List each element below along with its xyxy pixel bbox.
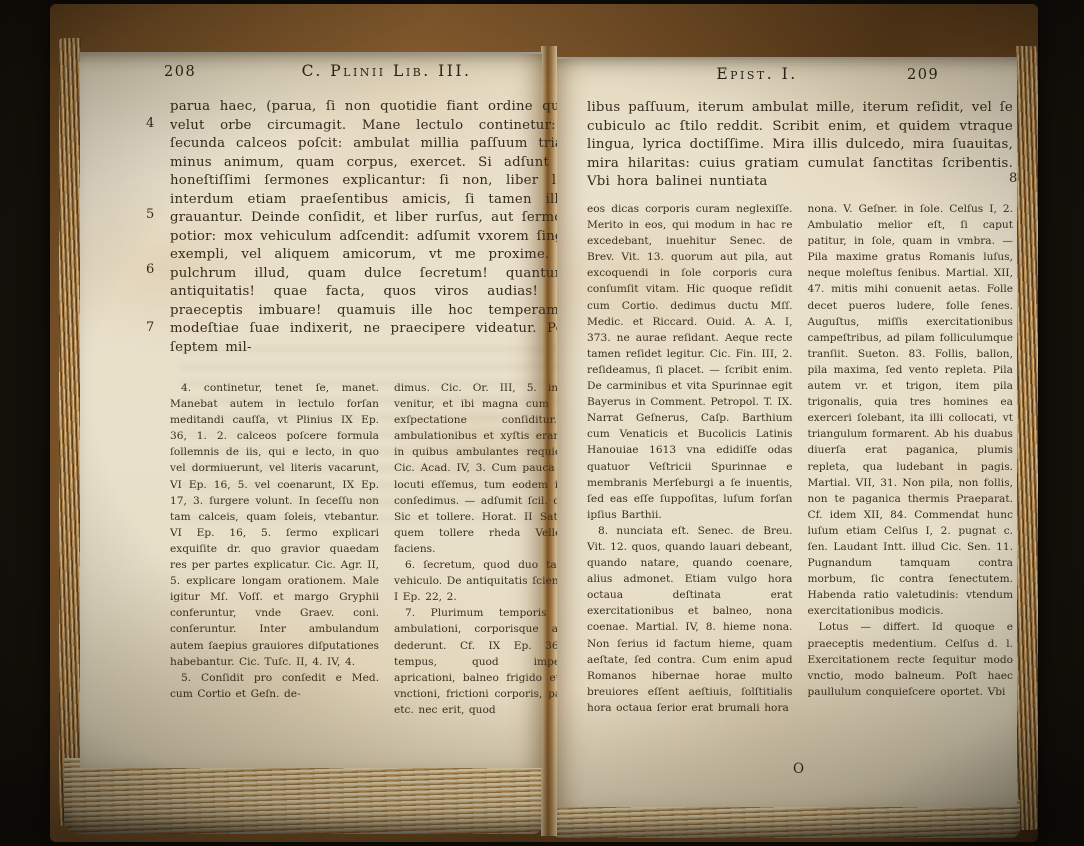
footnote-5: 5. Conſidit pro conſedit e Med. cum Cort…: [170, 670, 379, 702]
footnote-column-1: 4. continetur, tenet ſe, manet. Manebat …: [170, 380, 379, 734]
page-edges-bottom-left: [64, 758, 544, 834]
left-body-block: parua haec, (parua, ſi non quotidie fian…: [170, 98, 603, 376]
commentary-note-lotus: Lotus — differt. Id quoque e praeceptis …: [808, 619, 1014, 699]
section-number-4: 4: [146, 116, 154, 131]
left-body-text: parua haec, (parua, ſi non quotidie fian…: [170, 98, 603, 357]
section-number-5: 5: [146, 207, 154, 222]
commentary-note-8-continued: nona. V. Geſner. in ſole. Celſus I, 2. A…: [808, 201, 1014, 619]
left-catchword: libus: [170, 357, 603, 376]
commentary-column-1: eos dicas corporis curam neglexiſſe. Mer…: [587, 201, 793, 716]
right-body-block: libus paſſuum, iterum ambulat mille, ite…: [587, 99, 1013, 192]
commentary-note-7-continued: eos dicas corporis curam neglexiſſe. Mer…: [587, 201, 793, 523]
footnote-4: 4. continetur, tenet ſe, manet. Manebat …: [170, 380, 379, 670]
photo-backdrop: 208 C. Plinii Lib. III. 4 5 6 7 parua ha…: [0, 0, 1084, 846]
page-edges-left: [59, 38, 81, 826]
section-number-8: 8: [1009, 171, 1017, 186]
section-number-6: 6: [146, 262, 154, 277]
section-number-7: 7: [146, 320, 154, 335]
left-page: 208 C. Plinii Lib. III. 4 5 6 7 parua ha…: [80, 52, 542, 768]
commentary-column-2: nona. V. Geſner. in ſole. Celſus I, 2. A…: [808, 201, 1014, 716]
left-footnotes: 4. continetur, tenet ſe, manet. Manebat …: [170, 380, 603, 734]
commentary-note-8: 8. nunciata eſt. Senec. de Breu. Vit. 12…: [587, 523, 793, 716]
signature-mark: O: [587, 761, 1011, 777]
right-commentary: eos dicas corporis curam neglexiſſe. Mer…: [587, 201, 1013, 716]
right-page-number: 209: [907, 67, 939, 83]
right-running-title: Epist. I.: [587, 65, 927, 83]
left-running-title: C. Plinii Lib. III.: [170, 62, 603, 80]
right-page: Epist. I. 209 libus paſſuum, iterum ambu…: [557, 57, 1017, 807]
page-edges-right: [1016, 46, 1038, 830]
right-body-text: libus paſſuum, iterum ambulat mille, ite…: [587, 99, 1013, 192]
